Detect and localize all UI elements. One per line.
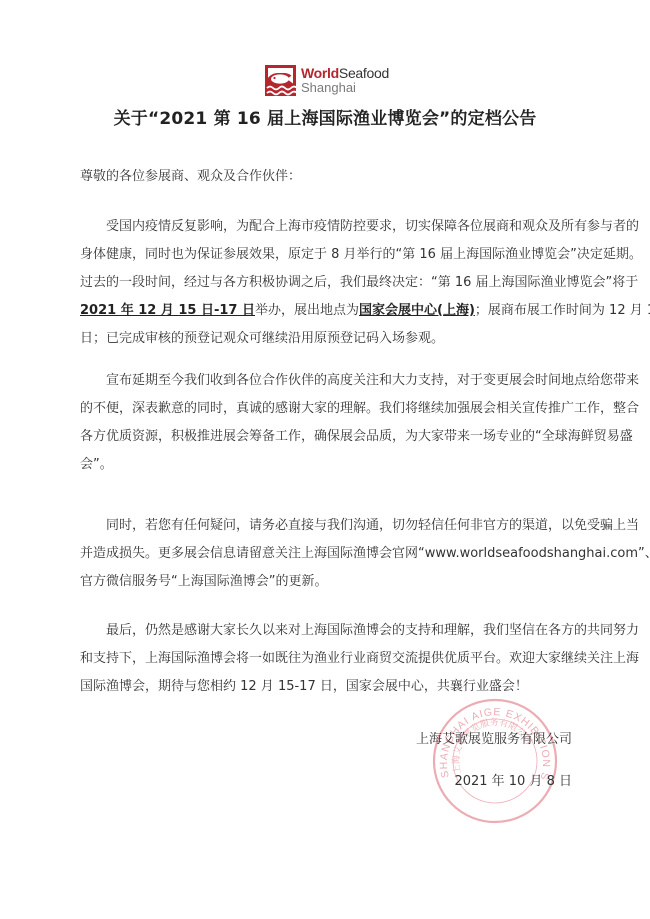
greeting-text: 尊敬的各位参展商、观众及合作伙伴： xyxy=(80,163,574,191)
paragraph-line: 会”。 xyxy=(80,451,574,479)
signature-block: 上海艾歌展览服务有限公司 2021 年 10 月 8 日 xyxy=(416,730,572,792)
paragraph-line: 国际渔博会，期待与您相约 12 月 15-17 日，国家会展中心，共襄行业盛会！ xyxy=(80,673,574,701)
logo-subtitle: Shanghai xyxy=(301,81,389,94)
paragraph-line: 身体健康，同时也为保证参展效果，原定于 8 月举行的“第 16 届上海国际渔业博… xyxy=(80,241,574,269)
paragraph-line: 宣布延期至今我们收到各位合作伙伴的高度关注和大力支持，对于变更展会时间地点给您带… xyxy=(80,367,574,395)
paragraph-official-channels: 同时，若您有任何疑问，请务必直接与我们沟通，切勿轻信任何非官方的渠道，以免受骗上… xyxy=(80,512,574,596)
event-dates: 2021 年 12 月 15 日-17 日 xyxy=(80,303,255,318)
paragraph-line: 同时，若您有任何疑问，请务必直接与我们沟通，切勿轻信任何非官方的渠道，以免受骗上… xyxy=(80,512,574,540)
paragraph-line: 和支持下，上海国际渔博会将一如既往为渔业行业商贸交流提供优质平台。欢迎大家继续关… xyxy=(80,645,574,673)
paragraph-closing: 最后，仍然是感谢大家长久以来对上海国际渔博会的支持和理解，我们坚信在各方的共同努… xyxy=(80,617,574,701)
paragraph-line: 官方微信服务号“上海国际渔博会”的更新。 xyxy=(80,568,574,596)
paragraph-line-website: 并造成损失。更多展会信息请留意关注上海国际渔博会官网“www.worldseaf… xyxy=(80,540,574,568)
world-seafood-logo: WorldSeafood Shanghai xyxy=(265,64,389,96)
logo-brand-name: WorldSeafood xyxy=(301,66,389,80)
paragraph-line: 各方优质资源，积极推进展会筹备工作，确保展会品质，为大家带来一场专业的“全球海鲜… xyxy=(80,423,574,451)
paragraph-line: 最后，仍然是感谢大家长久以来对上海国际渔博会的支持和理解，我们坚信在各方的共同努… xyxy=(80,617,574,645)
paragraph-line: 日；已完成审核的预登记观众可继续沿用原预登记码入场参观。 xyxy=(80,325,574,353)
paragraph-line: 的不便，深表歉意的同时，真诚的感谢大家的理解。我们将继续加强展会相关宣传推广工作… xyxy=(80,395,574,423)
paragraph-line: 受国内疫情反复影响，为配合上海市疫情防控要求，切实保障各位展商和观众及所有参与者… xyxy=(80,213,574,241)
setup-time-text: ；展商布展工作时间为 12 月 13-14 xyxy=(475,303,650,318)
paragraph-line-schedule: 2021 年 12 月 15 日-17 日举办，展出地点为国家会展中心(上海)；… xyxy=(80,297,574,325)
greeting: 尊敬的各位参展商、观众及合作伙伴： xyxy=(80,163,574,191)
event-venue: 国家会展中心(上海) xyxy=(359,303,475,318)
schedule-text: 举办，展出地点为 xyxy=(255,303,359,318)
fish-wave-logo-icon xyxy=(265,65,296,96)
company-name: 上海艾歌展览服务有限公司 xyxy=(416,730,572,750)
document-title: 关于“2021 第 16 届上海国际渔业博览会”的定档公告 xyxy=(0,104,650,129)
paragraph-line: 过去的一段时间，经过与各方积极协调之后，我们最终决定：“第 16 届上海国际渔业… xyxy=(80,269,574,297)
paragraph-thanks: 宣布延期至今我们收到各位合作伙伴的高度关注和大力支持，对于变更展会时间地点给您带… xyxy=(80,367,574,479)
signature-date: 2021 年 10 月 8 日 xyxy=(416,772,572,792)
paragraph-postponement: 受国内疫情反复影响，为配合上海市疫情防控要求，切实保障各位展商和观众及所有参与者… xyxy=(80,213,574,353)
